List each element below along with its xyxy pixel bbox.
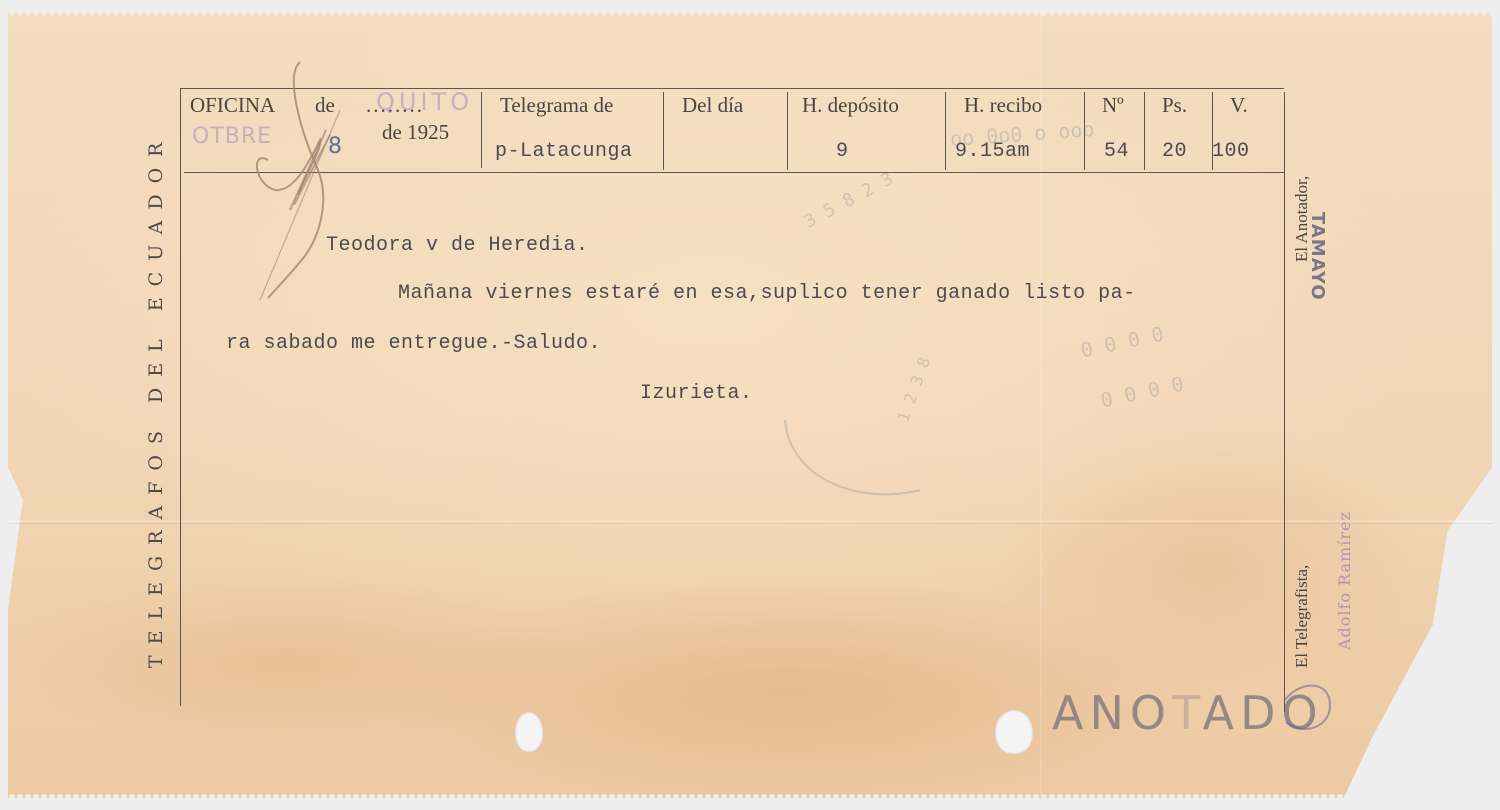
del-dia-label: Del día	[682, 93, 743, 118]
recipient-line: Teodora v de Heredia.	[326, 234, 589, 257]
date-day-value: 8	[328, 134, 343, 159]
header-top-line	[180, 88, 1284, 89]
anotado-stamp-end: ADO	[1203, 686, 1324, 740]
left-border-line	[180, 88, 181, 706]
oficina-de-label: de	[315, 93, 335, 118]
telegrama-de-value: p-Latacunga	[495, 140, 633, 163]
h-recibo-label: H. recibo	[964, 93, 1042, 118]
oficina-label: OFICINA	[190, 93, 275, 118]
anotado-stamp-part: ANO	[1052, 686, 1172, 740]
v-label: V.	[1230, 93, 1248, 118]
oficina-stamp: QUITO	[376, 88, 473, 116]
side-title: TELEGRAFOS DEL ECUADOR	[145, 132, 167, 668]
year-label: de 1925	[382, 120, 449, 145]
punch-hole-left	[515, 712, 543, 752]
header-bottom-line	[184, 172, 1284, 173]
fold-crease-horizontal	[8, 520, 1492, 523]
numero-value: 54	[1104, 140, 1129, 163]
telegrafista-label: El Telegrafista,	[1292, 565, 1312, 668]
v-value: 100	[1212, 140, 1250, 163]
anotado-stamp-faint: T	[1172, 686, 1203, 740]
sender-signature: Izurieta.	[640, 382, 753, 405]
ps-label: Ps.	[1162, 93, 1187, 118]
punch-hole-right	[995, 710, 1033, 754]
message-line-1: Mañana viernes estaré en esa,suplico ten…	[398, 282, 1136, 305]
date-month-stamp: OTBRE	[192, 124, 272, 149]
column-separator	[787, 92, 788, 170]
anotado-stamp: ANOTADO	[1052, 686, 1324, 740]
column-separator	[1144, 92, 1145, 170]
anotador-stamp: TAMAYO	[1307, 212, 1328, 301]
numero-label: Nº	[1102, 93, 1124, 118]
right-border-line	[1284, 92, 1285, 712]
ps-value: 20	[1162, 140, 1187, 163]
h-deposito-value: 9	[836, 140, 849, 163]
perforated-edge-top	[8, 10, 1492, 16]
telegrama-de-label: Telegrama de	[500, 93, 613, 118]
message-line-2: ra sabado me entregue.-Saludo.	[226, 332, 601, 355]
h-deposito-label: H. depósito	[802, 93, 899, 118]
column-separator	[945, 92, 946, 170]
column-separator	[663, 92, 664, 170]
telegrafista-stamp: Adolfo Ramírez	[1335, 511, 1354, 650]
perforated-edge-bottom	[8, 794, 1492, 800]
column-separator	[481, 92, 482, 168]
